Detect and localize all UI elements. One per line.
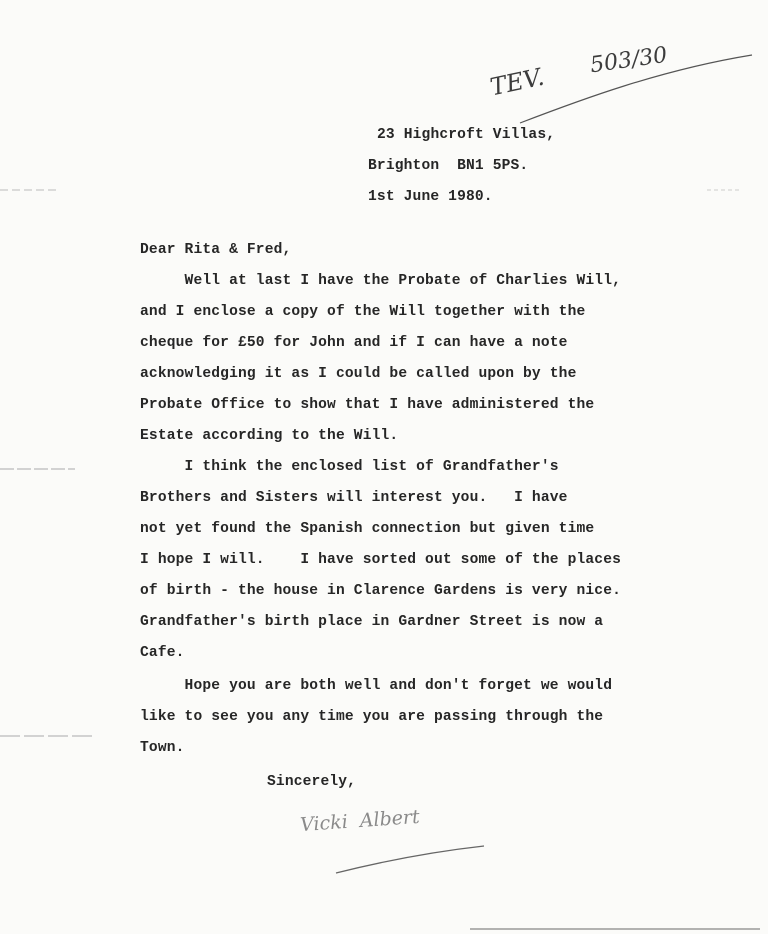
body-line: cheque for £50 for John and if I can hav… [140,334,568,352]
body-line: Cafe. [140,644,185,662]
body-line: Town. [140,739,185,757]
signature-underline [336,846,484,873]
body-line: Hope you are both well and don't forget … [140,677,612,695]
body-line: Brothers and Sisters will interest you. … [140,489,568,507]
body-line: Estate according to the Will. [140,427,398,445]
annotation-ref: TEV. [488,63,547,102]
body-line: not yet found the Spanish connection but… [140,520,594,538]
body-line: of birth - the house in Clarence Gardens… [140,582,621,600]
body-line: I think the enclosed list of Grandfather… [140,458,559,476]
body-line: Grandfather's birth place in Gardner Str… [140,613,603,631]
address-line-1: 23 Highcroft Villas, [377,126,555,144]
letter-date: 1st June 1980. [368,188,493,206]
letter-page: TEV. 503/30 23 Highcroft Villas, Brighto… [0,0,768,934]
body-line: like to see you any time you are passing… [140,708,603,726]
body-line: Well at last I have the Probate of Charl… [140,272,621,290]
salutation: Dear Rita & Fred, [140,241,291,259]
body-line: I hope I will. I have sorted out some of… [140,551,621,569]
signature: Vicki Albert [299,806,420,836]
body-line: Probate Office to show that I have admin… [140,396,594,414]
body-line: acknowledging it as I could be called up… [140,365,576,383]
address-line-2: Brighton BN1 5PS. [368,157,528,175]
closing: Sincerely, [267,773,356,791]
annotation-number: 503/30 [589,43,669,79]
body-line: and I enclose a copy of the Will togethe… [140,303,585,321]
